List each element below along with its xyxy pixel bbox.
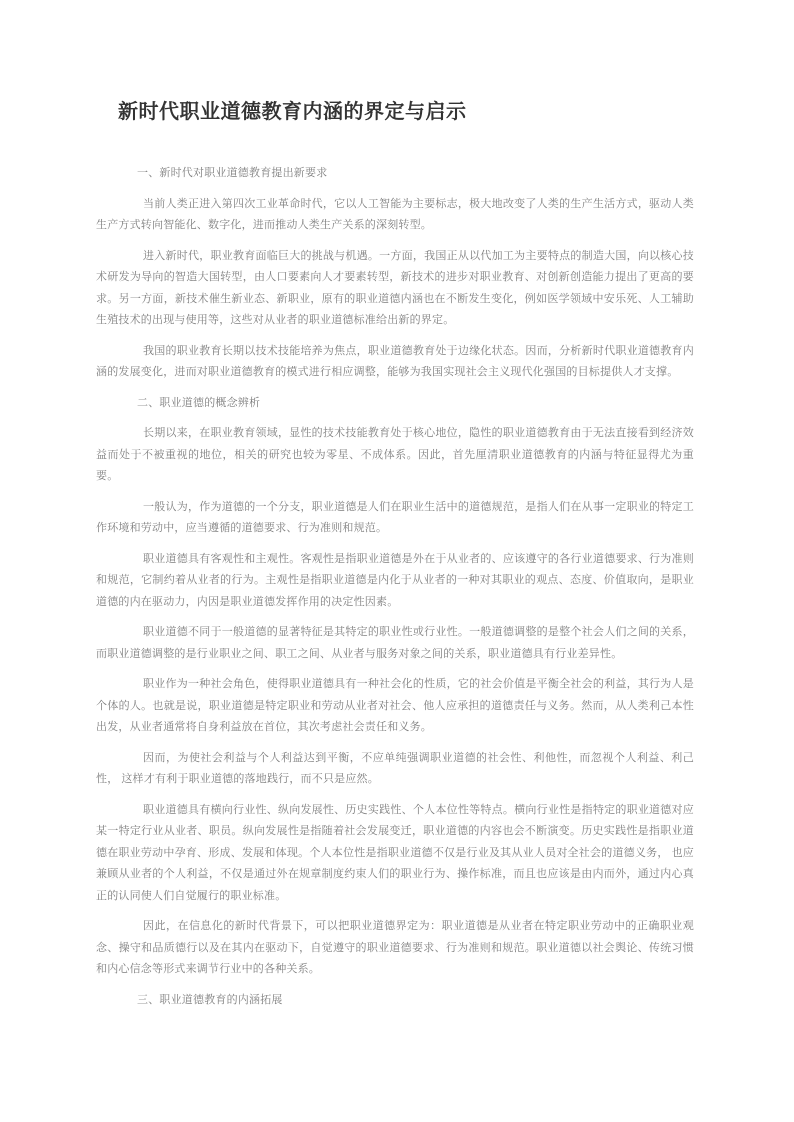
paragraph: 当前人类正进入第四次工业革命时代，它以人工智能为主要标志，极大地改变了人类的生产… bbox=[96, 194, 694, 237]
paragraph: 因此，在信息化的新时代背景下，可以把职业道德界定为：职业道德是从业者在特定职业劳… bbox=[96, 916, 694, 981]
paragraph: 长期以来，在职业教育领域，显性的技术技能教育处于核心地位，隐性的职业道德教育由于… bbox=[96, 423, 694, 488]
paragraph: 职业道德具有横向行业性、纵向发展性、历史实践性、个人本位性等特点。横向行业性是指… bbox=[96, 800, 694, 908]
document-title: 新时代职业道德教育内涵的界定与启示 bbox=[118, 99, 694, 125]
document-body: 一、新时代对职业道德教育提出新要求当前人类正进入第四次工业革命时代，它以人工智能… bbox=[96, 163, 694, 1011]
paragraph: 因而，为使社会利益与个人利益达到平衡，不应单纯强调职业道德的社会性、利他性，而忽… bbox=[96, 748, 694, 791]
section-heading: 一、新时代对职业道德教育提出新要求 bbox=[96, 163, 694, 185]
section-heading: 二、职业道德的概念辨析 bbox=[96, 393, 694, 415]
paragraph: 我国的职业教育长期以技术技能培养为焦点，职业道德教育处于边缘化状态。因而，分析新… bbox=[96, 341, 694, 384]
paragraph: 职业道德不同于一般道德的显著特征是其特定的职业性或行业性。一般道德调整的是整个社… bbox=[96, 622, 694, 665]
document-page: 新时代职业道德教育内涵的界定与启示 一、新时代对职业道德教育提出新要求当前人类正… bbox=[0, 0, 794, 1122]
section-heading: 三、职业道德教育的内涵拓展 bbox=[96, 990, 694, 1012]
paragraph: 进入新时代，职业教育面临巨大的挑战与机遇。一方面，我国正从以代加工为主要特点的制… bbox=[96, 246, 694, 332]
paragraph: 一般认为，作为道德的一个分支，职业道德是人们在职业生活中的道德规范，是指人们在从… bbox=[96, 497, 694, 540]
paragraph: 职业作为一种社会角色，使得职业道德具有一种社会化的性质，它的社会价值是平衡全社会… bbox=[96, 674, 694, 739]
paragraph: 职业道德具有客观性和主观性。客观性是指职业道德是外在于从业者的、应该遵守的各行业… bbox=[96, 549, 694, 614]
